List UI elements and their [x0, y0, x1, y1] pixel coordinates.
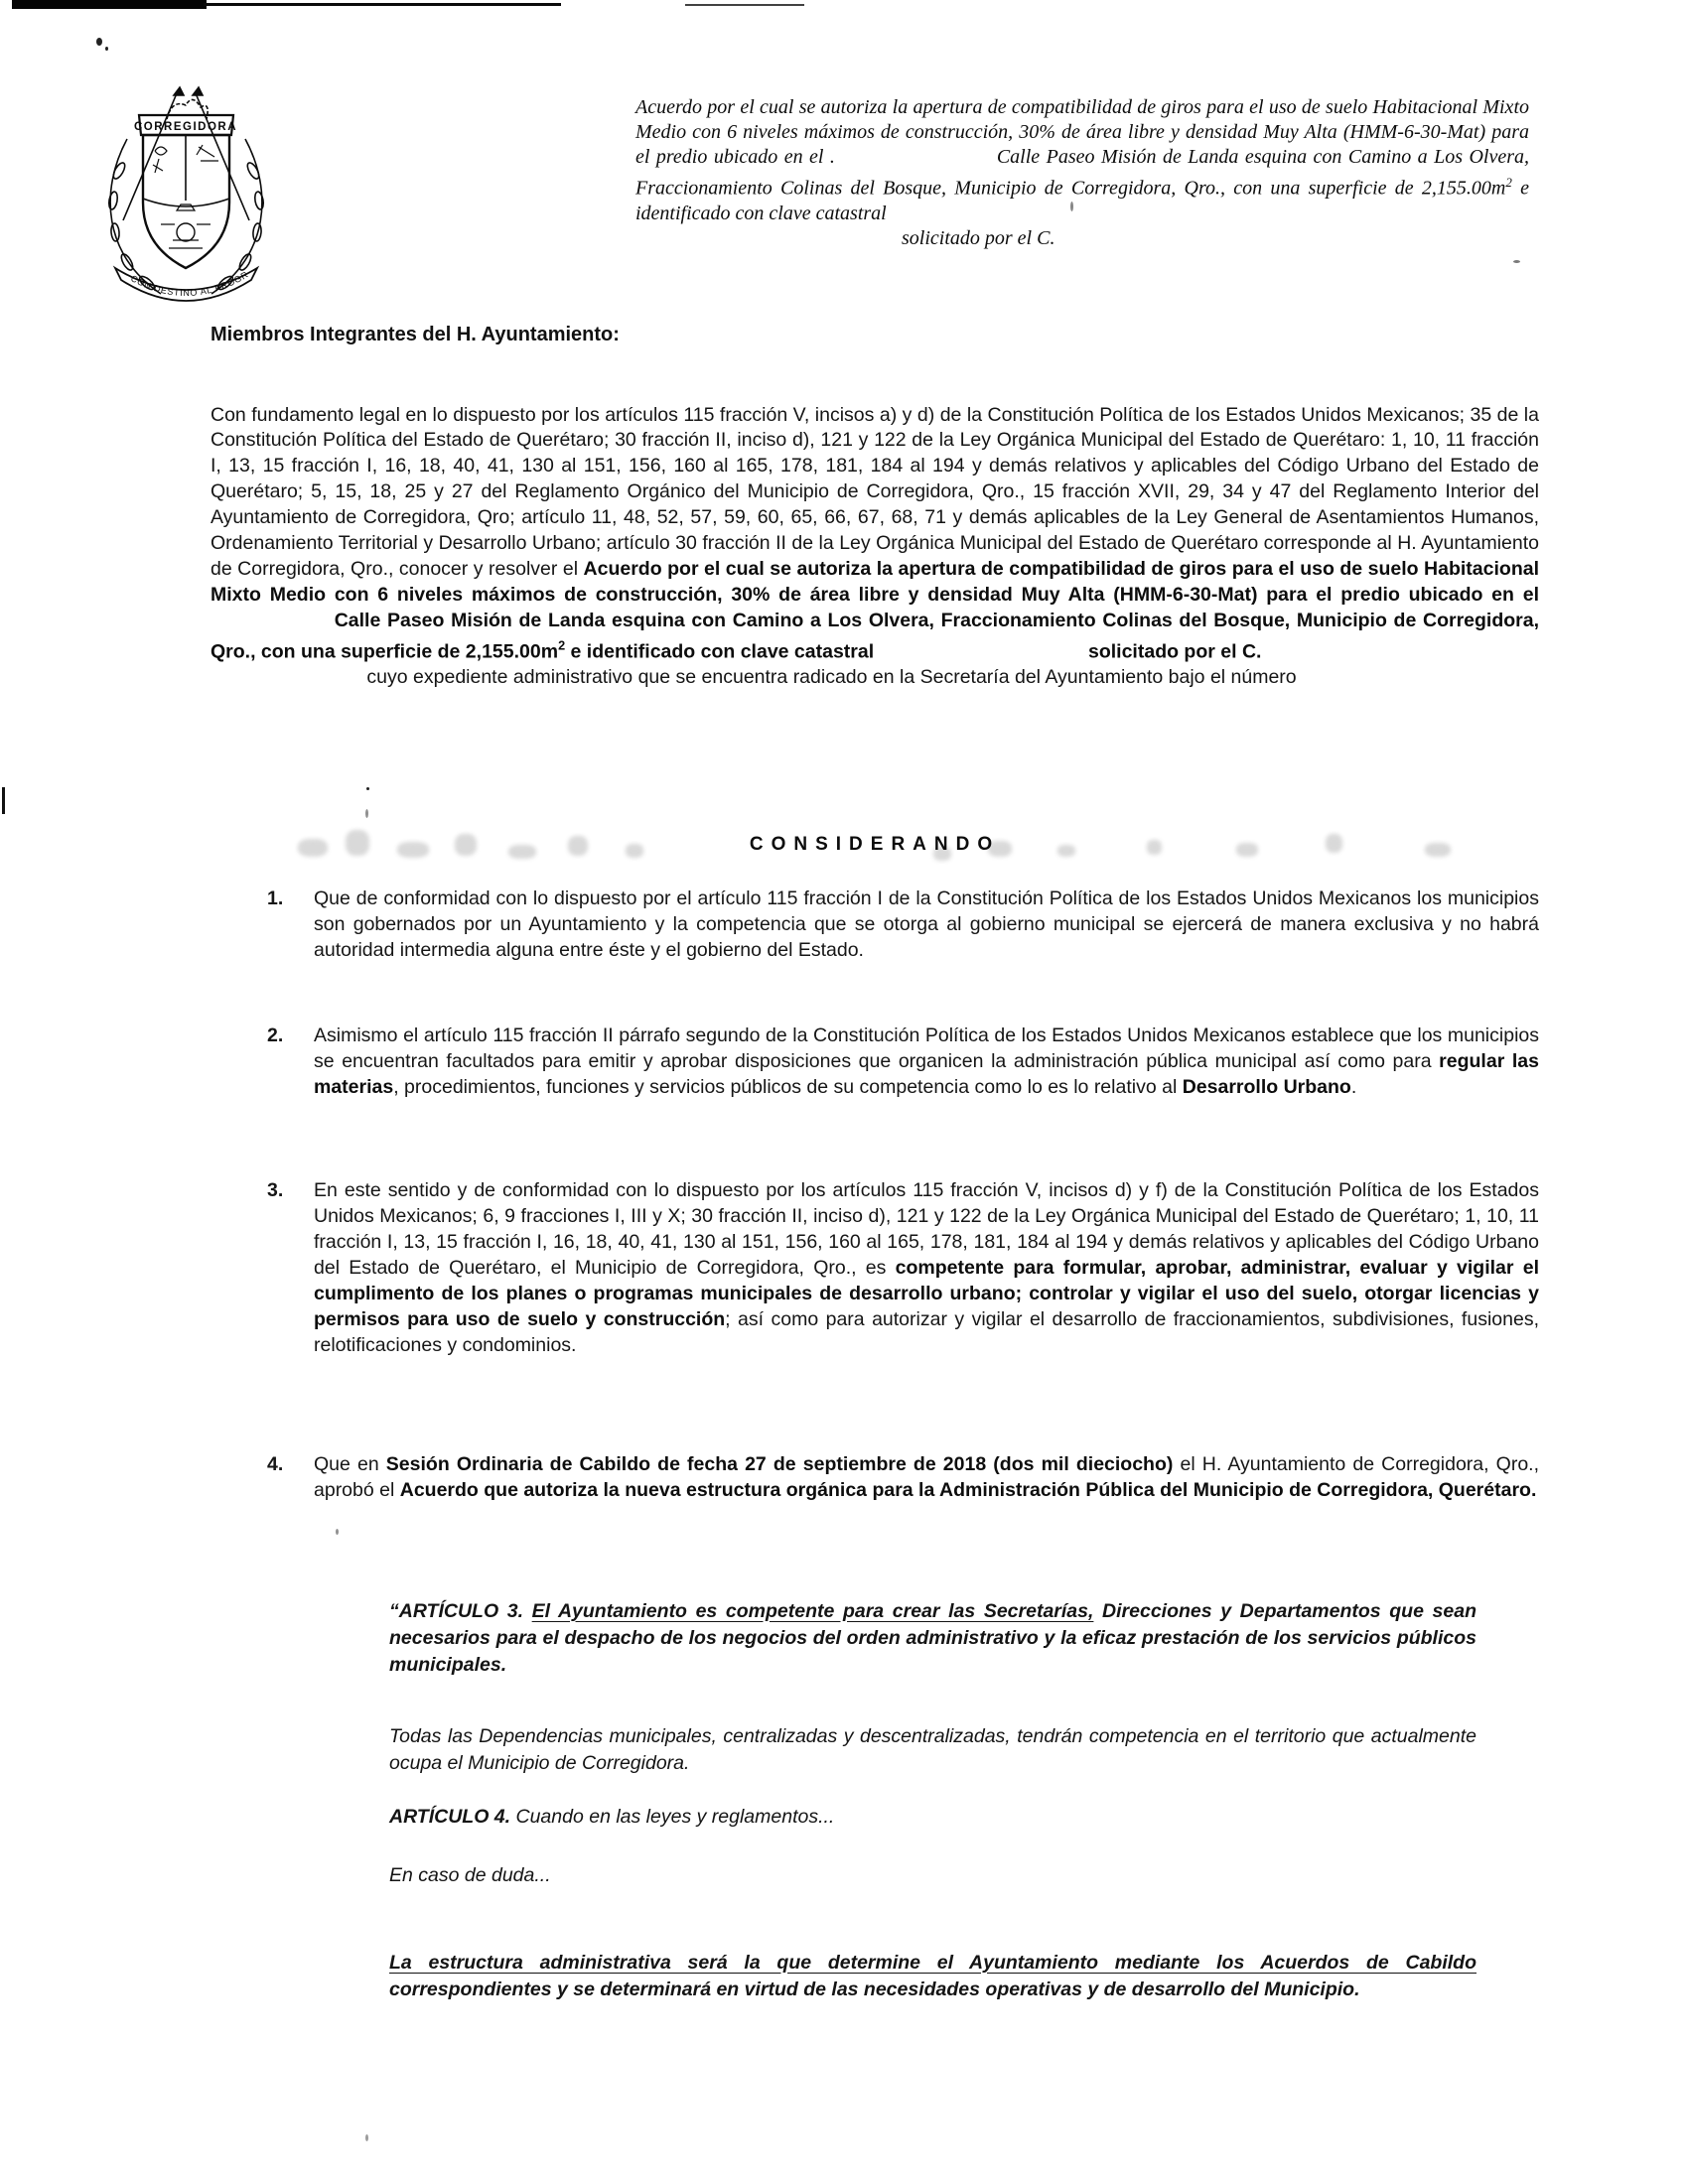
- header-note-tail: solicitado por el C.: [635, 226, 1529, 251]
- quote-open-mark: “: [389, 1600, 399, 1622]
- scan-speck: [336, 1529, 339, 1535]
- scan-speck: [365, 809, 368, 818]
- considerando-item-1: 1. Que de conformidad con lo dispuesto p…: [211, 886, 1539, 963]
- item-4-bold-2: Acuerdo que autoriza la nueva estructura…: [400, 1479, 1537, 1501]
- scan-artifact-tick: [2, 787, 5, 814]
- articulo-4-label: ARTÍCULO 4.: [389, 1806, 510, 1828]
- considerando-item-2: 2. Asimismo el artículo 115 fracción II …: [211, 1023, 1539, 1100]
- legal-bold-tail: solicitado por el C.: [1088, 640, 1261, 662]
- crest-motto-text: CON DESTINO AL PROGRESO: [89, 81, 250, 298]
- estructura-rest: correspondientes y se determinará en vir…: [389, 1979, 1360, 2000]
- legal-closing: cuyo expediente administrativo que se en…: [366, 666, 1296, 688]
- crest-banner-text: CORREGIDORA: [134, 121, 237, 133]
- scan-artifact-dash: [685, 4, 804, 6]
- item-number: 3.: [267, 1177, 314, 1203]
- legal-bold-location-b: e identificado con clave catastral: [565, 640, 874, 662]
- scan-speck: [105, 47, 108, 51]
- salutation: Miembros Integrantes del H. Ayuntamiento…: [211, 324, 620, 346]
- legal-intro: Con fundamento legal en lo dispuesto por…: [211, 404, 1539, 580]
- considerando-heading: CONSIDERANDO: [211, 834, 1539, 856]
- item-2-text-c: , procedimientos, funciones y servicios …: [393, 1076, 1182, 1098]
- item-number: 4.: [267, 1451, 314, 1477]
- estructura-underlined: La estructura administrativa será la que…: [389, 1952, 1476, 1974]
- header-note: Acuerdo por el cual se autoriza la apert…: [635, 95, 1529, 251]
- quote-articulo-4: ARTÍCULO 4. Cuando en las leyes y reglam…: [389, 1804, 1476, 1831]
- item-1-text: Que de conformidad con lo dispuesto por …: [314, 887, 1539, 961]
- item-number: 2.: [267, 1023, 314, 1048]
- item-4-text-a: Que en: [314, 1453, 386, 1475]
- considerando-item-3: 3. En este sentido y de conformidad con …: [211, 1177, 1539, 1358]
- articulo-4-rest: Cuando en las leyes y reglamentos...: [510, 1806, 834, 1828]
- quote-dependencias: Todas las Dependencias municipales, cent…: [389, 1723, 1476, 1777]
- item-2-bold-2: Desarrollo Urbano: [1183, 1076, 1351, 1098]
- quote-dependencias-text: Todas las Dependencias municipales, cent…: [389, 1725, 1476, 1774]
- item-2-text-a: Asimismo el artículo 115 fracción II pár…: [314, 1024, 1539, 1072]
- legal-basis-paragraph: Con fundamento legal en lo dispuesto por…: [211, 403, 1539, 691]
- quote-estructura-administrativa: La estructura administrativa será la que…: [389, 1950, 1476, 2003]
- legal-bold-location-a: Calle Paseo Misión de Landa esquina con …: [211, 610, 1539, 662]
- considerando-item-4: 4. Que en Sesión Ordinaria de Cabildo de…: [211, 1451, 1539, 1503]
- item-4-bold-1: Sesión Ordinaria de Cabildo de fecha 27 …: [386, 1453, 1174, 1475]
- scan-speck: [1513, 260, 1520, 263]
- quote-en-caso-de-duda: En caso de duda...: [389, 1862, 1476, 1889]
- scan-speck: [96, 38, 102, 46]
- item-2-text-e: .: [1351, 1076, 1356, 1098]
- quote-en-caso-text: En caso de duda...: [389, 1864, 551, 1886]
- articulo-3-label: ARTÍCULO 3.: [399, 1600, 532, 1622]
- articulo-3-underlined: El Ayuntamiento es competente para crear…: [532, 1600, 1094, 1622]
- scan-artifact-line: [204, 3, 561, 6]
- svg-text:CON DESTINO AL PROGRESO: CON DESTINO AL PROGRESO: [89, 81, 250, 298]
- quote-articulo-3: “ARTÍCULO 3. El Ayuntamiento es competen…: [389, 1598, 1476, 1679]
- corregidora-coat-of-arms: CORREGIDORA CON DESTINO AL PROGRESO: [89, 81, 283, 320]
- scan-speck: [365, 2134, 368, 2141]
- scanned-document-page: CORREGIDORA CON DESTINO AL PROGRESO Acue…: [0, 0, 1687, 2184]
- item-number: 1.: [267, 886, 314, 911]
- scan-artifact-bar: [12, 0, 207, 9]
- scan-speck: [366, 787, 369, 790]
